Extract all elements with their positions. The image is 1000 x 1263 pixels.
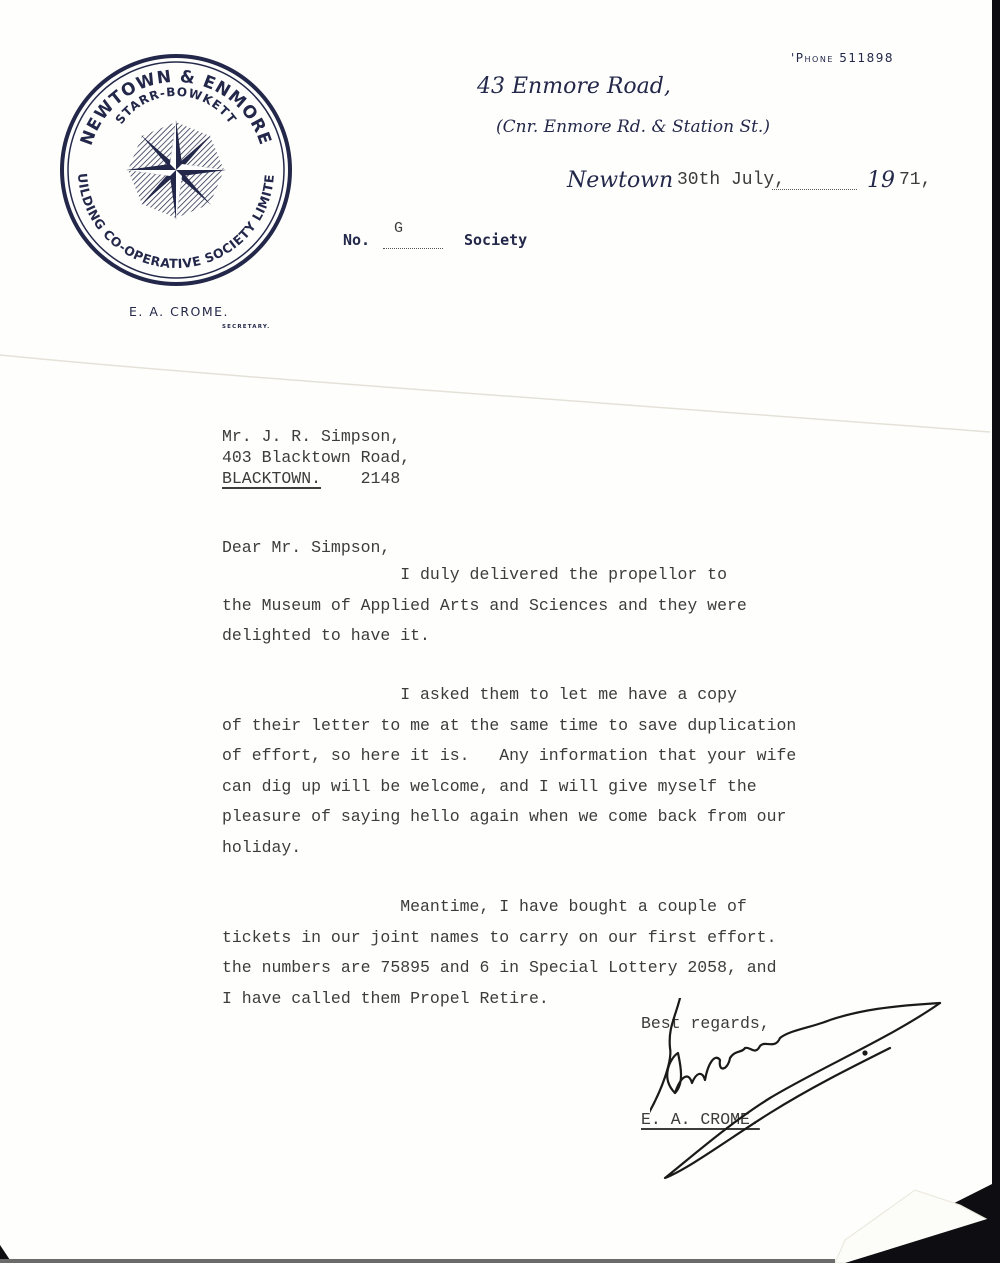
society-label: Society bbox=[464, 231, 527, 249]
no-label: No. bbox=[343, 231, 370, 249]
closing: Best regards, bbox=[641, 1014, 770, 1033]
place-name: Newtown bbox=[567, 168, 673, 193]
recipient-street: 403 Blacktown Road, bbox=[222, 447, 410, 468]
address-line-2: (Cnr. Enmore Rd. & Station St.) bbox=[496, 117, 770, 137]
address-line-1: 43 Enmore Road, bbox=[477, 74, 671, 99]
phone-label: 'Phone bbox=[791, 51, 834, 65]
paragraph-3: Meantime, I have bought a couple of tick… bbox=[222, 892, 777, 1014]
recipient-town: BLACKTOWN. bbox=[222, 469, 321, 488]
recipient-town-line: BLACKTOWN. 2148 bbox=[222, 468, 410, 489]
letter-page: NEWTOWN & ENMORE STARR-BOWKETT BUILDING … bbox=[0, 0, 1000, 1263]
no-dotted-rule bbox=[383, 248, 443, 249]
salutation: Dear Mr. Simpson, bbox=[222, 538, 390, 557]
phone-value: 511898 bbox=[839, 51, 894, 65]
signer-name: E. A. CROME. bbox=[641, 1110, 760, 1129]
paragraph-2: I asked them to let me have a copy of th… bbox=[222, 680, 796, 863]
year-suffix: 71, bbox=[899, 170, 931, 190]
compass-rose-icon bbox=[126, 120, 226, 220]
society-number-row: No. G Society bbox=[343, 224, 563, 252]
date-line: Newtown 30th July, 19 71, bbox=[567, 168, 937, 198]
recipient-address: Mr. J. R. Simpson, 403 Blacktown Road, B… bbox=[222, 426, 410, 489]
recipient-postcode: 2148 bbox=[361, 469, 401, 488]
secretary-name: E. A. CROME. bbox=[129, 304, 229, 319]
date-typed: 30th July, bbox=[677, 170, 785, 190]
year-prefix: 19 bbox=[867, 168, 895, 193]
society-seal-logo: NEWTOWN & ENMORE STARR-BOWKETT BUILDING … bbox=[58, 52, 294, 288]
scan-background-edge bbox=[992, 0, 1000, 1263]
society-number: G bbox=[394, 220, 403, 237]
paragraph-1: I duly delivered the propellor to the Mu… bbox=[222, 560, 747, 652]
date-dotted-rule bbox=[772, 189, 857, 190]
recipient-name: Mr. J. R. Simpson, bbox=[222, 426, 410, 447]
phone-number: 'Phone 511898 bbox=[791, 51, 894, 65]
secretary-title: SECRETARY. bbox=[222, 324, 270, 330]
